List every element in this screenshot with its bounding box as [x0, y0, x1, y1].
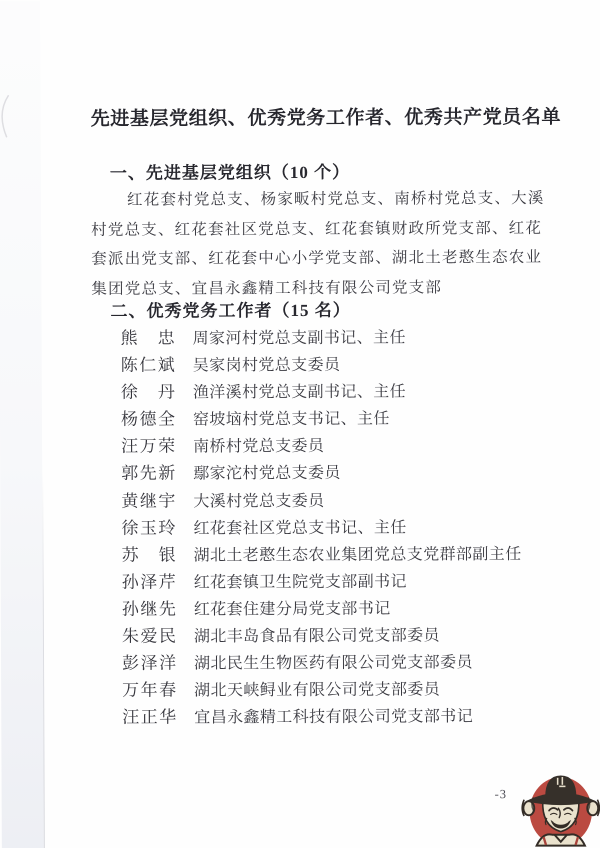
awardee-row: 徐 丹渔洋溪村党总支副书记、主任: [121, 377, 561, 406]
awardee-row: 黄继宇大溪村党总支委员: [121, 485, 561, 514]
awardee-name: 汪万荣: [121, 433, 179, 460]
tulaohan-farmer-logo: [517, 770, 600, 848]
awardee-row: 彭泽洋湖北民生生物医药有限公司党支部委员: [122, 648, 562, 677]
awardee-row: 孙继先红花套住建分局党支部书记: [122, 594, 562, 623]
awardee-name: 杨德全: [121, 406, 179, 433]
awardee-name: 郭先新: [121, 460, 179, 487]
awardee-name: 熊 忠: [121, 325, 179, 352]
awardee-row: 陈仁斌吴家岗村党总支委员: [121, 350, 561, 379]
awardee-row: 朱爱民湖北丰岛食品有限公司党支部委员: [122, 621, 562, 650]
awardee-title: 周家河村党总支副书记、主任: [193, 325, 406, 353]
awardee-title: 窑坡垴村党总支书记、主任: [193, 406, 390, 434]
awardee-title: 渔洋溪村党总支副书记、主任: [193, 379, 406, 407]
awardee-name: 彭泽洋: [122, 650, 180, 677]
awardee-title: 湖北丰岛食品有限公司党支部委员: [194, 622, 440, 650]
awardee-name: 黄继宇: [121, 487, 179, 514]
awardee-list: 熊 忠周家河村党总支副书记、主任 陈仁斌吴家岗村党总支委员 徐 丹渔洋溪村党总支…: [121, 323, 563, 731]
awardee-row: 苏 银湖北土老憨生态农业集团党总支党群部副主任: [122, 540, 562, 569]
awardee-title: 湖北土老憨生态农业集团党总支党群部副主任: [194, 541, 522, 570]
section-1-line: 村党总支、红花套社区党总支、红花套镇财政所党支部、红花: [91, 216, 542, 240]
scanned-document-page: 先进基层党组织、优秀党务工作者、优秀共产党员名单 一、先进基层党组织（10 个）…: [0, 0, 600, 848]
section-1-line: 套派出党支部、红花套中心小学党支部、湖北土老憨生态农业: [91, 245, 542, 269]
awardee-name: 孙继先: [122, 595, 180, 622]
farmer-face-icon: [517, 770, 600, 848]
section-1-heading: 一、先进基层党组织（10 个）: [110, 158, 350, 184]
awardee-name: 陈仁斌: [121, 352, 179, 379]
section-2-heading: 二、优秀党务工作者（15 名）: [110, 296, 350, 322]
awardee-name: 徐玉玲: [121, 514, 179, 541]
awardee-row: 熊 忠周家河村党总支副书记、主任: [121, 323, 561, 352]
awardee-name: 孙泽芹: [122, 568, 180, 595]
awardee-row: 杨德全窑坡垴村党总支书记、主任: [121, 404, 561, 433]
awardee-row: 孙泽芹红花套镇卫生院党支部副书记: [122, 567, 562, 596]
awardee-row: 万年春湖北天峡鲟业有限公司党支部委员: [122, 675, 562, 704]
document-title: 先进基层党组织、优秀党务工作者、优秀共产党员名单: [91, 102, 561, 131]
awardee-title: 红花套住建分局党支部书记: [194, 596, 391, 624]
awardee-row: 汪万荣南桥村党总支委员: [121, 431, 561, 460]
awardee-row: 汪正华宜昌永鑫精工科技有限公司党支部书记: [122, 702, 562, 731]
awardee-name: 万年春: [122, 677, 180, 704]
awardee-title: 大溪村党总支委员: [193, 487, 324, 515]
awardee-title: 吴家岗村党总支委员: [193, 352, 341, 380]
awardee-title: 湖北天峡鲟业有限公司党支部委员: [194, 677, 440, 705]
awardee-name: 朱爱民: [122, 623, 180, 650]
awardee-title: 红花套镇卫生院党支部副书记: [194, 568, 407, 596]
awardee-title: 湖北民生生物医药有限公司党支部委员: [194, 649, 473, 677]
section-1-line: 红花套村党总支、杨家畈村党总支、南桥村党总支、大溪: [127, 186, 545, 210]
scan-edge-line: [42, 471, 45, 848]
page-number: -3: [495, 787, 507, 802]
awardee-name: 苏 银: [122, 541, 180, 568]
awardee-row: 徐玉玲红花套社区党总支书记、主任: [121, 513, 561, 542]
awardee-title: 红花套社区党总支书记、主任: [193, 514, 406, 542]
awardee-title: 宜昌永鑫精工科技有限公司党支部书记: [194, 704, 473, 732]
awardee-row: 郭先新鄢家沱村党总支委员: [121, 458, 561, 487]
awardee-name: 汪正华: [122, 704, 180, 731]
awardee-name: 徐 丹: [121, 379, 179, 406]
awardee-title: 南桥村党总支委员: [193, 433, 324, 461]
scan-artifact-mark: [0, 93, 11, 139]
awardee-title: 鄢家沱村党总支委员: [193, 460, 341, 488]
